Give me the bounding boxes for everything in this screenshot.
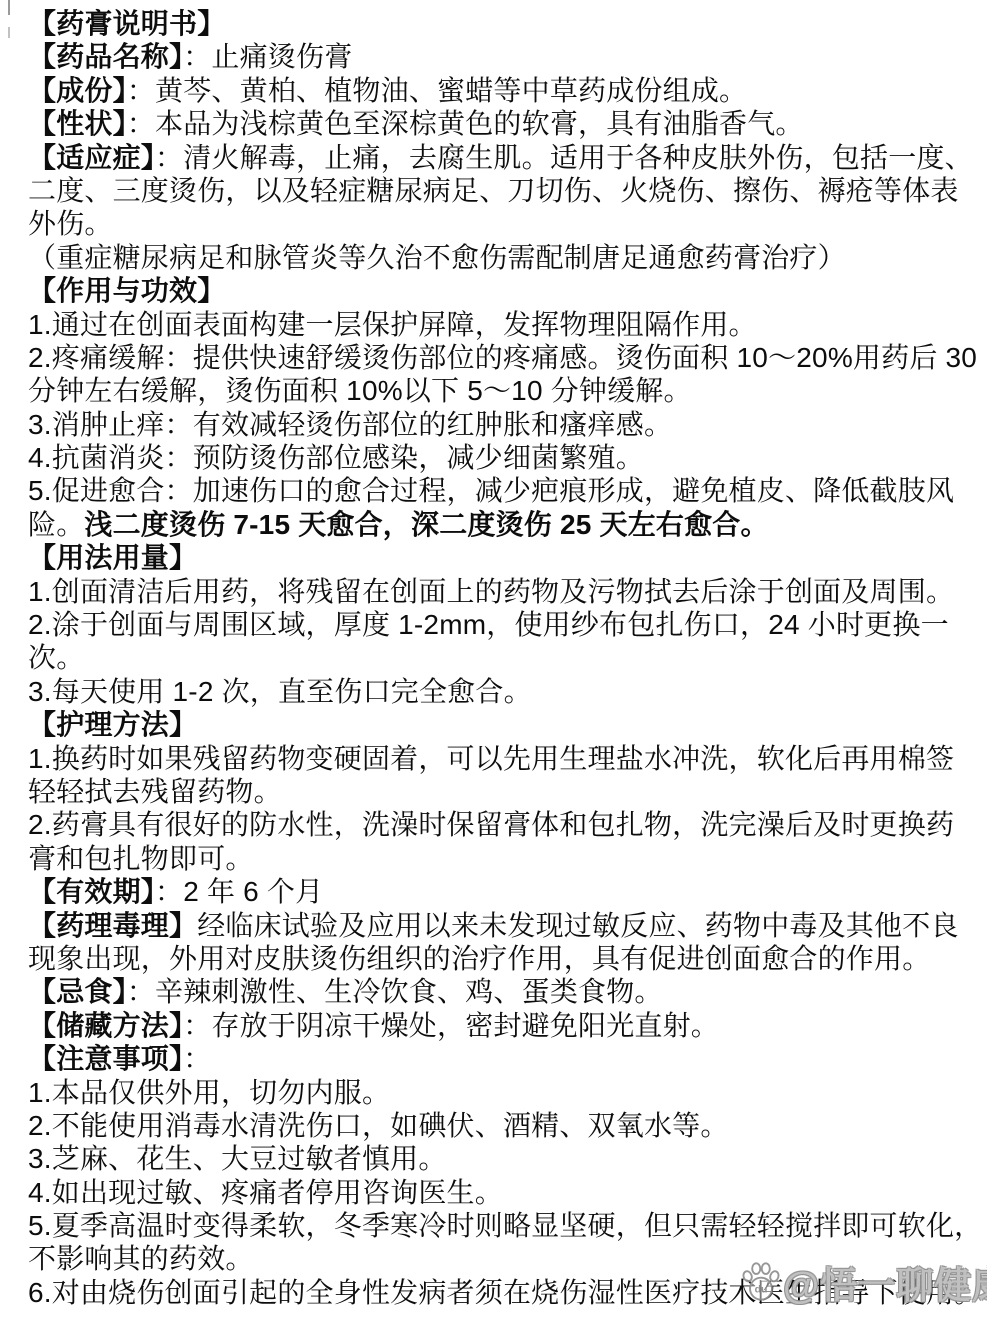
document-line: 膏和包扎物即可。 <box>28 842 973 875</box>
document-line: 二度、三度烫伤，以及轻症糖尿病足、刀切伤、火烧伤、擦伤、褥疮等体表 <box>28 174 973 207</box>
document-line: 【护理方法】 <box>28 708 973 741</box>
section-header: 【适应症】 <box>28 142 155 173</box>
document-line: 【用法用量】 <box>28 541 973 574</box>
text-run: ：黄芩、黄柏、植物油、蜜蜡等中草药成份组成。 <box>127 75 747 106</box>
text-run: 不影响其的药效。 <box>28 1243 254 1274</box>
document-line: 轻轻拭去残留药物。 <box>28 775 973 808</box>
text-run: 分钟左右缓解，烫伤面积 10%以下 5～10 分钟缓解。 <box>28 375 692 406</box>
text-run: 经临床试验及应用以来未发现过敏反应、药物中毒及其他不良 <box>197 910 958 941</box>
document-line: 外伤。 <box>28 207 973 240</box>
document-body: 【药膏说明书】【药品名称】：止痛烫伤膏【成份】：黄芩、黄柏、植物油、蜜蜡等中草药… <box>28 7 973 1309</box>
document-line: 2.涂于创面与周围区域，厚度 1-2mm，使用纱布包扎伤口，24 小时更换一 <box>28 608 973 641</box>
section-header: 【成份】 <box>28 75 127 106</box>
document-line: 【储藏方法】：存放于阴凉干燥处，密封避免阳光直射。 <box>28 1009 973 1042</box>
text-run: ：辛辣刺激性、生冷饮食、鸡、蛋类食物。 <box>127 976 663 1007</box>
text-run: 2.药膏具有很好的防水性，洗澡时保留膏体和包扎物，洗完澡后及时更换药 <box>28 809 954 840</box>
section-header: 【注意事项】 <box>28 1043 183 1074</box>
text-run: 膏和包扎物即可。 <box>28 843 254 874</box>
text-run: （重症糖尿病足和脉管炎等久治不愈伤需配制唐足通愈药膏治疗） <box>28 242 846 273</box>
text-run: 4.如出现过敏、疼痛者停用咨询医生。 <box>28 1177 503 1208</box>
document-line: 4.抗菌消炎：预防烫伤部位感染，减少细菌繁殖。 <box>28 441 973 474</box>
document-line: 【适应症】：清火解毒，止痛，去腐生肌。适用于各种皮肤外伤，包括一度、 <box>28 141 973 174</box>
document-line: 6.对由烧伤创面引起的全身性发病者须在烧伤湿性医疗技术医生指导下使用。 <box>28 1276 973 1309</box>
document-line: 2.疼痛缓解：提供快速舒缓烫伤部位的疼痛感。烫伤面积 10～20%用药后 30 <box>28 341 973 374</box>
text-run: 3.芝麻、花生、大豆过敏者慎用。 <box>28 1143 447 1174</box>
text-run: 1.通过在创面表面构建一层保护屏障，发挥物理阻隔作用。 <box>28 309 757 340</box>
text-run: 3.消肿止痒：有效减轻烫伤部位的红肿胀和瘙痒感。 <box>28 409 672 440</box>
document-line: 分钟左右缓解，烫伤面积 10%以下 5～10 分钟缓解。 <box>28 374 973 407</box>
section-header: 【药品名称】 <box>28 41 183 72</box>
document-line: 【成份】：黄芩、黄柏、植物油、蜜蜡等中草药成份组成。 <box>28 74 973 107</box>
document-line: 3.消肿止痒：有效减轻烫伤部位的红肿胀和瘙痒感。 <box>28 408 973 441</box>
section-header: 【护理方法】 <box>28 709 197 740</box>
text-run: 3.每天使用 1-2 次，直至伤口完全愈合。 <box>28 676 532 707</box>
document-line: 险。浅二度烫伤 7-15 天愈合，深二度烫伤 25 天左右愈合。 <box>28 508 973 541</box>
document-line: 【药膏说明书】 <box>28 7 973 40</box>
section-header: 浅二度烫伤 7-15 天愈合，深二度烫伤 25 天左右愈合。 <box>84 509 768 540</box>
section-header: 【性状】 <box>28 108 127 139</box>
section-header: 【有效期】 <box>28 876 155 907</box>
text-run: 5.夏季高温时变得柔软，冬季寒冷时则略显坚硬，但只需轻轻搅拌即可软化， <box>28 1210 982 1241</box>
document-line: 【注意事项】： <box>28 1042 973 1075</box>
text-run: 2.不能使用消毒水清洗伤口，如碘伏、酒精、双氧水等。 <box>28 1110 729 1141</box>
document-line: 【有效期】：2 年 6 个月 <box>28 875 973 908</box>
text-run: 二度、三度烫伤，以及轻症糖尿病足、刀切伤、火烧伤、擦伤、褥疮等体表 <box>28 175 959 206</box>
text-run: 1.本品仅供外用，切勿内服。 <box>28 1077 390 1108</box>
text-run: ：2 年 6 个月 <box>155 876 323 907</box>
text-run: 6.对由烧伤创面引起的全身性发病者须在烧伤湿性医疗技术医生指导下使用。 <box>28 1277 982 1308</box>
text-run: 1.换药时如果残留药物变硬固着，可以先用生理盐水冲洗，软化后再用棉签 <box>28 743 954 774</box>
document-line: 1.通过在创面表面构建一层保护屏障，发挥物理阻隔作用。 <box>28 308 973 341</box>
text-run: ： <box>183 1043 211 1074</box>
ointment-instructions-document: 【药膏说明书】【药品名称】：止痛烫伤膏【成份】：黄芩、黄柏、植物油、蜜蜡等中草药… <box>28 7 973 1309</box>
text-run: ：清火解毒，止痛，去腐生肌。适用于各种皮肤外伤，包括一度、 <box>155 142 973 173</box>
document-line: 3.芝麻、花生、大豆过敏者慎用。 <box>28 1142 973 1175</box>
document-line: 不影响其的药效。 <box>28 1242 973 1275</box>
document-line: 4.如出现过敏、疼痛者停用咨询医生。 <box>28 1176 973 1209</box>
document-line: 2.药膏具有很好的防水性，洗澡时保留膏体和包扎物，洗完澡后及时更换药 <box>28 808 973 841</box>
section-header: 【作用与功效】 <box>28 275 225 306</box>
text-run: 险。 <box>28 509 84 540</box>
document-line: 次。 <box>28 641 973 674</box>
section-header: 【药理毒理】 <box>28 910 197 941</box>
section-header: 【忌食】 <box>28 976 127 1007</box>
document-line: 现象出现，外用对皮肤烫伤组织的治疗作用，具有促进创面愈合的作用。 <box>28 942 973 975</box>
text-run: ：止痛烫伤膏 <box>183 41 352 72</box>
text-run: 轻轻拭去残留药物。 <box>28 776 282 807</box>
section-header: 【储藏方法】 <box>28 1010 183 1041</box>
text-run: ：本品为浅棕黄色至深棕黄色的软膏，具有油脂香气。 <box>127 108 804 139</box>
section-header: 【用法用量】 <box>28 542 197 573</box>
document-line: 【忌食】：辛辣刺激性、生冷饮食、鸡、蛋类食物。 <box>28 975 973 1008</box>
document-line: 【性状】：本品为浅棕黄色至深棕黄色的软膏，具有油脂香气。 <box>28 107 973 140</box>
document-line: 2.不能使用消毒水清洗伤口，如碘伏、酒精、双氧水等。 <box>28 1109 973 1142</box>
text-run: 2.疼痛缓解：提供快速舒缓烫伤部位的疼痛感。烫伤面积 10～20%用药后 30 <box>28 342 977 373</box>
document-line: 3.每天使用 1-2 次，直至伤口完全愈合。 <box>28 675 973 708</box>
document-line: 【药品名称】：止痛烫伤膏 <box>28 40 973 73</box>
text-run: 5.促进愈合：加速伤口的愈合过程，减少疤痕形成，避免植皮、降低截肢风 <box>28 475 954 506</box>
document-line: 【作用与功效】 <box>28 274 973 307</box>
text-run: 外伤。 <box>28 208 113 239</box>
text-run: 次。 <box>28 642 84 673</box>
text-run: 2.涂于创面与周围区域，厚度 1-2mm，使用纱布包扎伤口，24 小时更换一 <box>28 609 949 640</box>
document-line: 1.创面清洁后用药，将残留在创面上的药物及污物拭去后涂于创面及周围。 <box>28 575 973 608</box>
scan-artifact <box>8 27 10 38</box>
text-run: 1.创面清洁后用药，将残留在创面上的药物及污物拭去后涂于创面及周围。 <box>28 576 954 607</box>
document-line: （重症糖尿病足和脉管炎等久治不愈伤需配制唐足通愈药膏治疗） <box>28 241 973 274</box>
document-line: 1.换药时如果残留药物变硬固着，可以先用生理盐水冲洗，软化后再用棉签 <box>28 742 973 775</box>
scan-artifact <box>8 0 10 15</box>
document-line: 5.夏季高温时变得柔软，冬季寒冷时则略显坚硬，但只需轻轻搅拌即可软化， <box>28 1209 973 1242</box>
document-line: 1.本品仅供外用，切勿内服。 <box>28 1076 973 1109</box>
document-line: 5.促进愈合：加速伤口的愈合过程，减少疤痕形成，避免植皮、降低截肢风 <box>28 474 973 507</box>
document-line: 【药理毒理】经临床试验及应用以来未发现过敏反应、药物中毒及其他不良 <box>28 909 973 942</box>
text-run: 现象出现，外用对皮肤烫伤组织的治疗作用，具有促进创面愈合的作用。 <box>28 943 930 974</box>
text-run: ：存放于阴凉干燥处，密封避免阳光直射。 <box>183 1010 719 1041</box>
section-header: 【药膏说明书】 <box>28 8 225 39</box>
text-run: 4.抗菌消炎：预防烫伤部位感染，减少细菌繁殖。 <box>28 442 644 473</box>
